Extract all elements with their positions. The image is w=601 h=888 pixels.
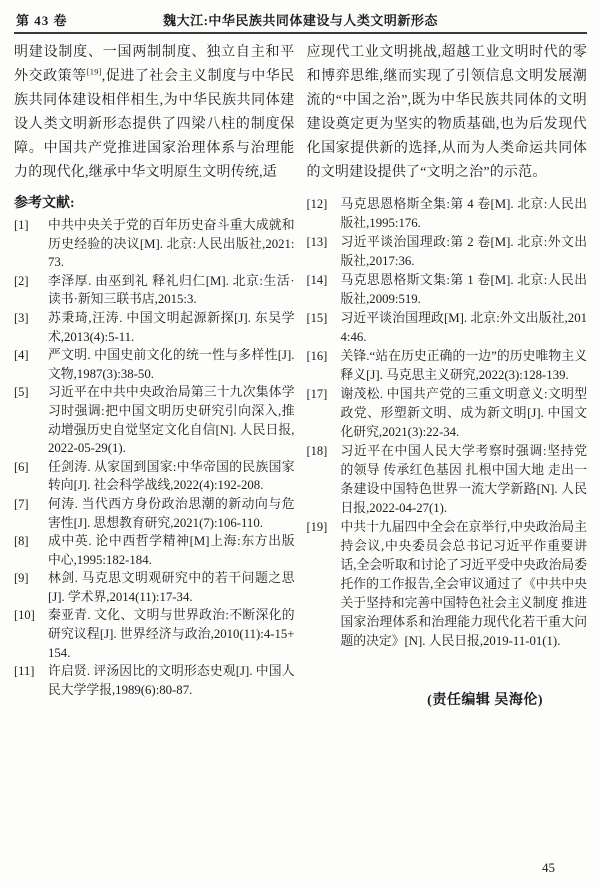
reference-number: [12]	[307, 195, 341, 233]
reference-number: [14]	[307, 271, 341, 309]
reference-item-14: [14] 马克思恩格斯文集:第 1 卷[M]. 北京:人民出版社,2009:51…	[307, 271, 588, 309]
body-paragraph-left: 明建设制度、一国两制制度、独立自主和平外交政策等[19],促进了社会主义制度与中…	[14, 41, 295, 185]
reference-text: 中共十九届四中全会在京举行,中央政治局主持会议,中央委员会总书记习近平作重要讲话…	[341, 518, 588, 651]
references-list-left: [1] 中共中央关于党的百年历史奋斗重大成就和历史经验的决议[M]. 北京:人民…	[14, 216, 295, 699]
reference-text: 秦亚青. 文化、文明与世界政治:不断深化的研究议程[J]. 世界经济与政治,20…	[48, 606, 295, 662]
reference-text: 马克思恩格斯文集:第 1 卷[M]. 北京:人民出版社,2009:519.	[341, 271, 588, 309]
reference-item-5: [5] 习近平在中共中央政治局第三十九次集体学习时强调:把中国文明历史研究引向深…	[14, 383, 295, 457]
reference-item-7: [7] 何涛. 当代西方身份政治思潮的新动向与危害性[J]. 思想教育研究,20…	[14, 495, 295, 532]
reference-item-16: [16] 关锋.“站在历史正确的一边”的历史唯物主义释义[J]. 马克思主义研究…	[307, 347, 588, 385]
page-header: 第 43 卷 魏大江:中华民族共同体建设与人类文明新形态	[14, 8, 587, 34]
references-heading: 参考文献:	[14, 194, 295, 214]
reference-text: 谢茂松. 中国共产党的三重文明意义:文明型政党、形塑新文明、成为新文明[J]. …	[341, 385, 588, 442]
reference-item-10: [10] 秦亚青. 文化、文明与世界政治:不断深化的研究议程[J]. 世界经济与…	[14, 606, 295, 662]
reference-item-18: [18] 习近平在中国人民大学考察时强调:坚持党的领导 传承红色基因 扎根中国大…	[307, 442, 588, 518]
reference-number: [2]	[14, 272, 48, 309]
reference-text: 林剑. 马克思文明观研究中的若干问题之思[J]. 学术界,2014(11):17…	[48, 569, 295, 606]
reference-number: [4]	[14, 346, 48, 383]
reference-number: [3]	[14, 309, 48, 346]
reference-item-13: [13] 习近平谈治国理政:第 2 卷[M]. 北京:外文出版社,2017:36…	[307, 233, 588, 271]
reference-number: [10]	[14, 606, 48, 662]
volume-label: 第 43 卷	[16, 10, 68, 29]
editor-note: (责任编辑 吴海伦)	[307, 689, 588, 709]
left-column: 明建设制度、一国两制制度、独立自主和平外交政策等[19],促进了社会主义制度与中…	[14, 41, 295, 709]
two-column-layout: 明建设制度、一国两制制度、独立自主和平外交政策等[19],促进了社会主义制度与中…	[14, 41, 587, 709]
reference-item-6: [6] 任剑涛. 从家国到国家:中华帝国的民族国家转向[J]. 社会科学战线,2…	[14, 458, 295, 495]
reference-number: [8]	[14, 532, 48, 569]
reference-number: [15]	[307, 309, 341, 347]
right-column: 应现代工业文明挑战,超越工业文明时代的零和博弈思维,继而实现了引领信息文明发展潮…	[307, 41, 588, 709]
reference-text: 李泽厚. 由巫到礼 释礼归仁[M]. 北京:生活·读书·新知三联书店,2015:…	[48, 272, 295, 309]
reference-item-17: [17] 谢茂松. 中国共产党的三重文明意义:文明型政党、形塑新文明、成为新文明…	[307, 385, 588, 442]
reference-text: 习近平谈治国理政:第 2 卷[M]. 北京:外文出版社,2017:36.	[341, 233, 588, 271]
reference-item-9: [9] 林剑. 马克思文明观研究中的若干问题之思[J]. 学术界,2014(11…	[14, 569, 295, 606]
reference-text: 何涛. 当代西方身份政治思潮的新动向与危害性[J]. 思想教育研究,2021(7…	[48, 495, 295, 532]
citation-superscript: [19]	[87, 66, 102, 76]
reference-number: [5]	[14, 383, 48, 457]
body-paragraph-right: 应现代工业文明挑战,超越工业文明时代的零和博弈思维,继而实现了引领信息文明发展潮…	[307, 41, 588, 185]
references-list-right: [12] 马克思恩格斯全集:第 4 卷[M]. 北京:人民出版社,1995:17…	[307, 195, 588, 651]
reference-text: 任剑涛. 从家国到国家:中华帝国的民族国家转向[J]. 社会科学战线,2022(…	[48, 458, 295, 495]
reference-number: [17]	[307, 385, 341, 442]
reference-item-1: [1] 中共中央关于党的百年历史奋斗重大成就和历史经验的决议[M]. 北京:人民…	[14, 216, 295, 272]
reference-number: [18]	[307, 442, 341, 518]
reference-number: [19]	[307, 518, 341, 651]
reference-number: [13]	[307, 233, 341, 271]
reference-text: 严文明. 中国史前文化的统一性与多样性[J]. 文物,1987(3):38-50…	[48, 346, 295, 383]
body-text-after-citation: ,促进了社会主义制度与中华民族共同体建设相伴相生,为中华民族共同体建设人类文明新…	[14, 69, 295, 180]
reference-text: 成中英. 论中西哲学精神[M]上海:东方出版中心,1995:182-184.	[48, 532, 295, 569]
page-number: 45	[542, 860, 555, 876]
running-title: 魏大江:中华民族共同体建设与人类文明新形态	[14, 8, 587, 29]
reference-number: [6]	[14, 458, 48, 495]
reference-number: [7]	[14, 495, 48, 532]
reference-text: 苏秉琦,汪涛. 中国文明起源新探[J]. 东吴学术,2013(4):5-11.	[48, 309, 295, 346]
reference-item-4: [4] 严文明. 中国史前文化的统一性与多样性[J]. 文物,1987(3):3…	[14, 346, 295, 383]
reference-text: 习近平在中共中央政治局第三十九次集体学习时强调:把中国文明历史研究引向深入,推动…	[48, 383, 295, 457]
reference-text: 中共中央关于党的百年历史奋斗重大成就和历史经验的决议[M]. 北京:人民出版社,…	[48, 216, 295, 272]
reference-number: [9]	[14, 569, 48, 606]
reference-text: 习近平在中国人民大学考察时强调:坚持党的领导 传承红色基因 扎根中国大地 走出一…	[341, 442, 588, 518]
reference-text: 许启贤. 评汤因比的文明形态史观[J]. 中国人民大学学报,1989(6):80…	[48, 662, 295, 699]
reference-item-15: [15] 习近平谈治国理政[M]. 北京:外文出版社,2014:46.	[307, 309, 588, 347]
reference-text: 马克思恩格斯全集:第 4 卷[M]. 北京:人民出版社,1995:176.	[341, 195, 588, 233]
reference-text: 关锋.“站在历史正确的一边”的历史唯物主义释义[J]. 马克思主义研究,2022…	[341, 347, 588, 385]
reference-item-12: [12] 马克思恩格斯全集:第 4 卷[M]. 北京:人民出版社,1995:17…	[307, 195, 588, 233]
reference-item-19: [19] 中共十九届四中全会在京举行,中央政治局主持会议,中央委员会总书记习近平…	[307, 518, 588, 651]
reference-number: [16]	[307, 347, 341, 385]
reference-text: 习近平谈治国理政[M]. 北京:外文出版社,2014:46.	[341, 309, 588, 347]
reference-number: [1]	[14, 216, 48, 272]
reference-item-2: [2] 李泽厚. 由巫到礼 释礼归仁[M]. 北京:生活·读书·新知三联书店,2…	[14, 272, 295, 309]
reference-item-8: [8] 成中英. 论中西哲学精神[M]上海:东方出版中心,1995:182-18…	[14, 532, 295, 569]
reference-item-3: [3] 苏秉琦,汪涛. 中国文明起源新探[J]. 东吴学术,2013(4):5-…	[14, 309, 295, 346]
reference-number: [11]	[14, 662, 48, 699]
journal-page: 第 43 卷 魏大江:中华民族共同体建设与人类文明新形态 明建设制度、一国两制制…	[0, 0, 601, 888]
reference-item-11: [11] 许启贤. 评汤因比的文明形态史观[J]. 中国人民大学学报,1989(…	[14, 662, 295, 699]
